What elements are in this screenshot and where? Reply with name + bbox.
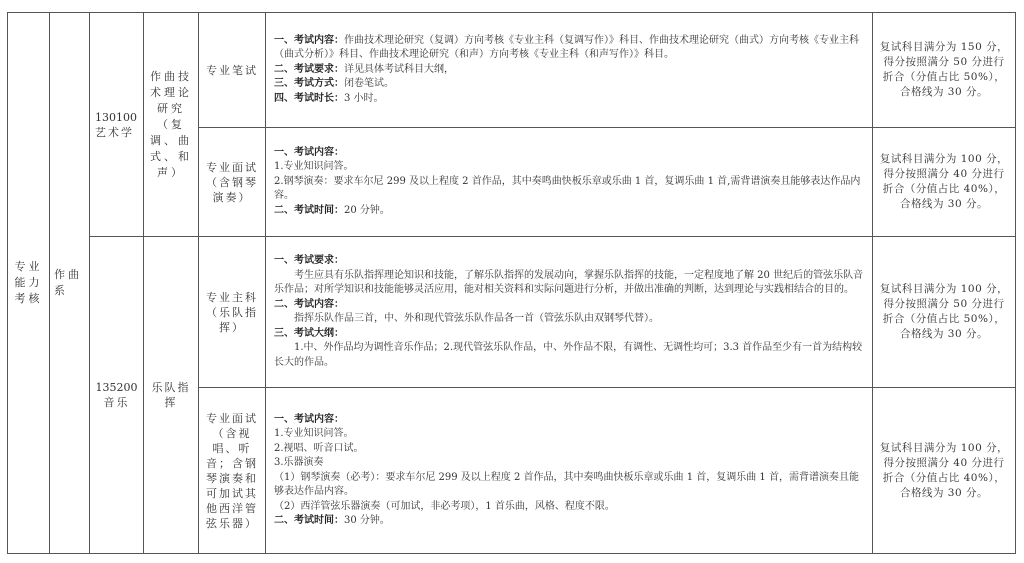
section-heading: 一、考试内容：	[274, 414, 344, 425]
list-item: 2.视唱、听音口试。	[274, 442, 866, 457]
score-cell: 复试科目满分为 100 分，得分按照满分 40 分进行折合（分值占比 40%），…	[872, 387, 1016, 554]
score-cell: 复试科目满分为 100 分，得分按照满分 50 分进行折合（分值占比 50%），…	[872, 236, 1016, 388]
section-heading: 二、考试时间：	[274, 205, 344, 216]
exam-content-cell: 一、考试内容： 1.专业知识问答。 2.钢琴演奏：要求车尔尼 299 及以上程度…	[265, 127, 873, 237]
section-heading: 二、考试时间：	[274, 515, 344, 526]
exam-type-label: 专业面试（含视唱、听音；含钢琴演奏和可加试其他西洋管弦乐器）	[204, 411, 260, 531]
section-text: 作曲技术理论研究（复调）方向考核《专业主科（复调写作）》科目、作曲技术理论研究（…	[274, 35, 859, 61]
major-code: 135200	[96, 380, 138, 395]
list-item: 2.钢琴演奏：要求车尔尼 299 及以上程度 2 首作品，其中奏鸣曲快板乐章或乐…	[274, 175, 866, 204]
major-name: 音乐	[104, 395, 130, 410]
direction-label: 乐队指挥	[149, 380, 193, 410]
section-heading: 一、考试要求：	[274, 255, 344, 266]
section-text: 详见具体考试科目大纲，	[344, 64, 454, 75]
category-cell: 专业能力考核	[7, 12, 50, 554]
score-text: 复试科目满分为 150 分，得分按照满分 50 分进行折合（分值占比 50%），…	[879, 40, 1009, 100]
score-cell: 复试科目满分为 100 分，得分按照满分 40 分进行折合（分值占比 40%），…	[872, 127, 1016, 237]
category-label: 专业能力考核	[12, 259, 45, 307]
direction-label: 作曲技术理论研究（复调、曲式、和声）	[149, 69, 193, 181]
section-text: 30 分钟。	[344, 515, 390, 526]
list-item: 1.专业知识问答。	[274, 427, 866, 442]
exam-content-cell: 一、考试要求： 考生应具有乐队指挥理论知识和技能，了解乐队指挥的发展动向，掌握乐…	[265, 236, 873, 388]
list-item: 3.乐器演奏	[274, 456, 866, 471]
exam-type-cell: 专业面试（含钢琴演奏）	[198, 127, 266, 237]
exam-type-label: 专业面试（含钢琴演奏）	[204, 160, 260, 205]
exam-content-cell: 一、考试内容：作曲技术理论研究（复调）方向考核《专业主科（复调写作）》科目、作曲…	[265, 12, 873, 128]
department-label: 作曲系	[54, 267, 84, 299]
section-heading: 二、考试内容：	[274, 299, 344, 310]
major-name: 艺术学	[95, 125, 134, 140]
section-text: 指挥乐队作品三首，中、外和现代管弦乐队作品各一首（管弦乐队由双钢琴代替）。	[274, 312, 866, 327]
score-text: 复试科目满分为 100 分，得分按照满分 40 分进行折合（分值占比 40%），…	[879, 152, 1009, 212]
section-heading: 三、考试方式：	[274, 78, 344, 89]
section-heading: 四、考试时长：	[274, 93, 344, 104]
section-heading: 一、考试内容：	[274, 35, 344, 46]
section-text: 1.中、外作品均为调性音乐作品；2.现代管弦乐队作品，中、外作品不限，有调性、无…	[274, 341, 866, 370]
department-cell: 作曲系	[49, 12, 90, 554]
section-text: 20 分钟。	[344, 205, 390, 216]
score-cell: 复试科目满分为 150 分，得分按照满分 50 分进行折合（分值占比 50%），…	[872, 12, 1016, 128]
section-text: 考生应具有乐队指挥理论知识和技能，了解乐队指挥的发展动向，掌握乐队指挥的技能，一…	[274, 269, 866, 298]
section-heading: 三、考试大纲：	[274, 328, 344, 339]
score-text: 复试科目满分为 100 分，得分按照满分 40 分进行折合（分值占比 40%），…	[879, 441, 1009, 501]
section-heading: 二、考试要求：	[274, 64, 344, 75]
list-item: （2）西洋管弦乐器演奏（可加试，非必考项），1 首乐曲，风格、程度不限。	[274, 500, 866, 515]
exam-content-cell: 一、考试内容： 1.专业知识问答。 2.视唱、听音口试。 3.乐器演奏 （1）钢…	[265, 387, 873, 554]
section-text: 闭卷笔试。	[344, 78, 394, 89]
section-text: 3 小时。	[344, 93, 384, 104]
major-cell-135200: 135200 音乐	[89, 236, 144, 554]
list-item: 1.专业知识问答。	[274, 160, 866, 175]
exam-type-cell: 专业主科（乐队指挥）	[198, 236, 266, 388]
major-code: 130100	[95, 110, 137, 125]
direction-cell-conducting: 乐队指挥	[143, 236, 199, 554]
section-heading: 一、考试内容：	[274, 147, 344, 158]
exam-type-cell: 专业笔试	[198, 12, 266, 128]
direction-cell-composition-theory: 作曲技术理论研究（复调、曲式、和声）	[143, 12, 199, 237]
exam-type-cell: 专业面试（含视唱、听音；含钢琴演奏和可加试其他西洋管弦乐器）	[198, 387, 266, 554]
score-text: 复试科目满分为 100 分，得分按照满分 50 分进行折合（分值占比 50%），…	[879, 282, 1009, 342]
exam-type-label: 专业主科（乐队指挥）	[204, 290, 260, 335]
list-item: （1）钢琴演奏（必考）：要求车尔尼 299 及以上程度 2 首作品，其中奏鸣曲快…	[274, 471, 866, 500]
major-cell-130100: 130100 艺术学	[89, 12, 144, 237]
exam-type-label: 专业笔试	[206, 63, 258, 78]
